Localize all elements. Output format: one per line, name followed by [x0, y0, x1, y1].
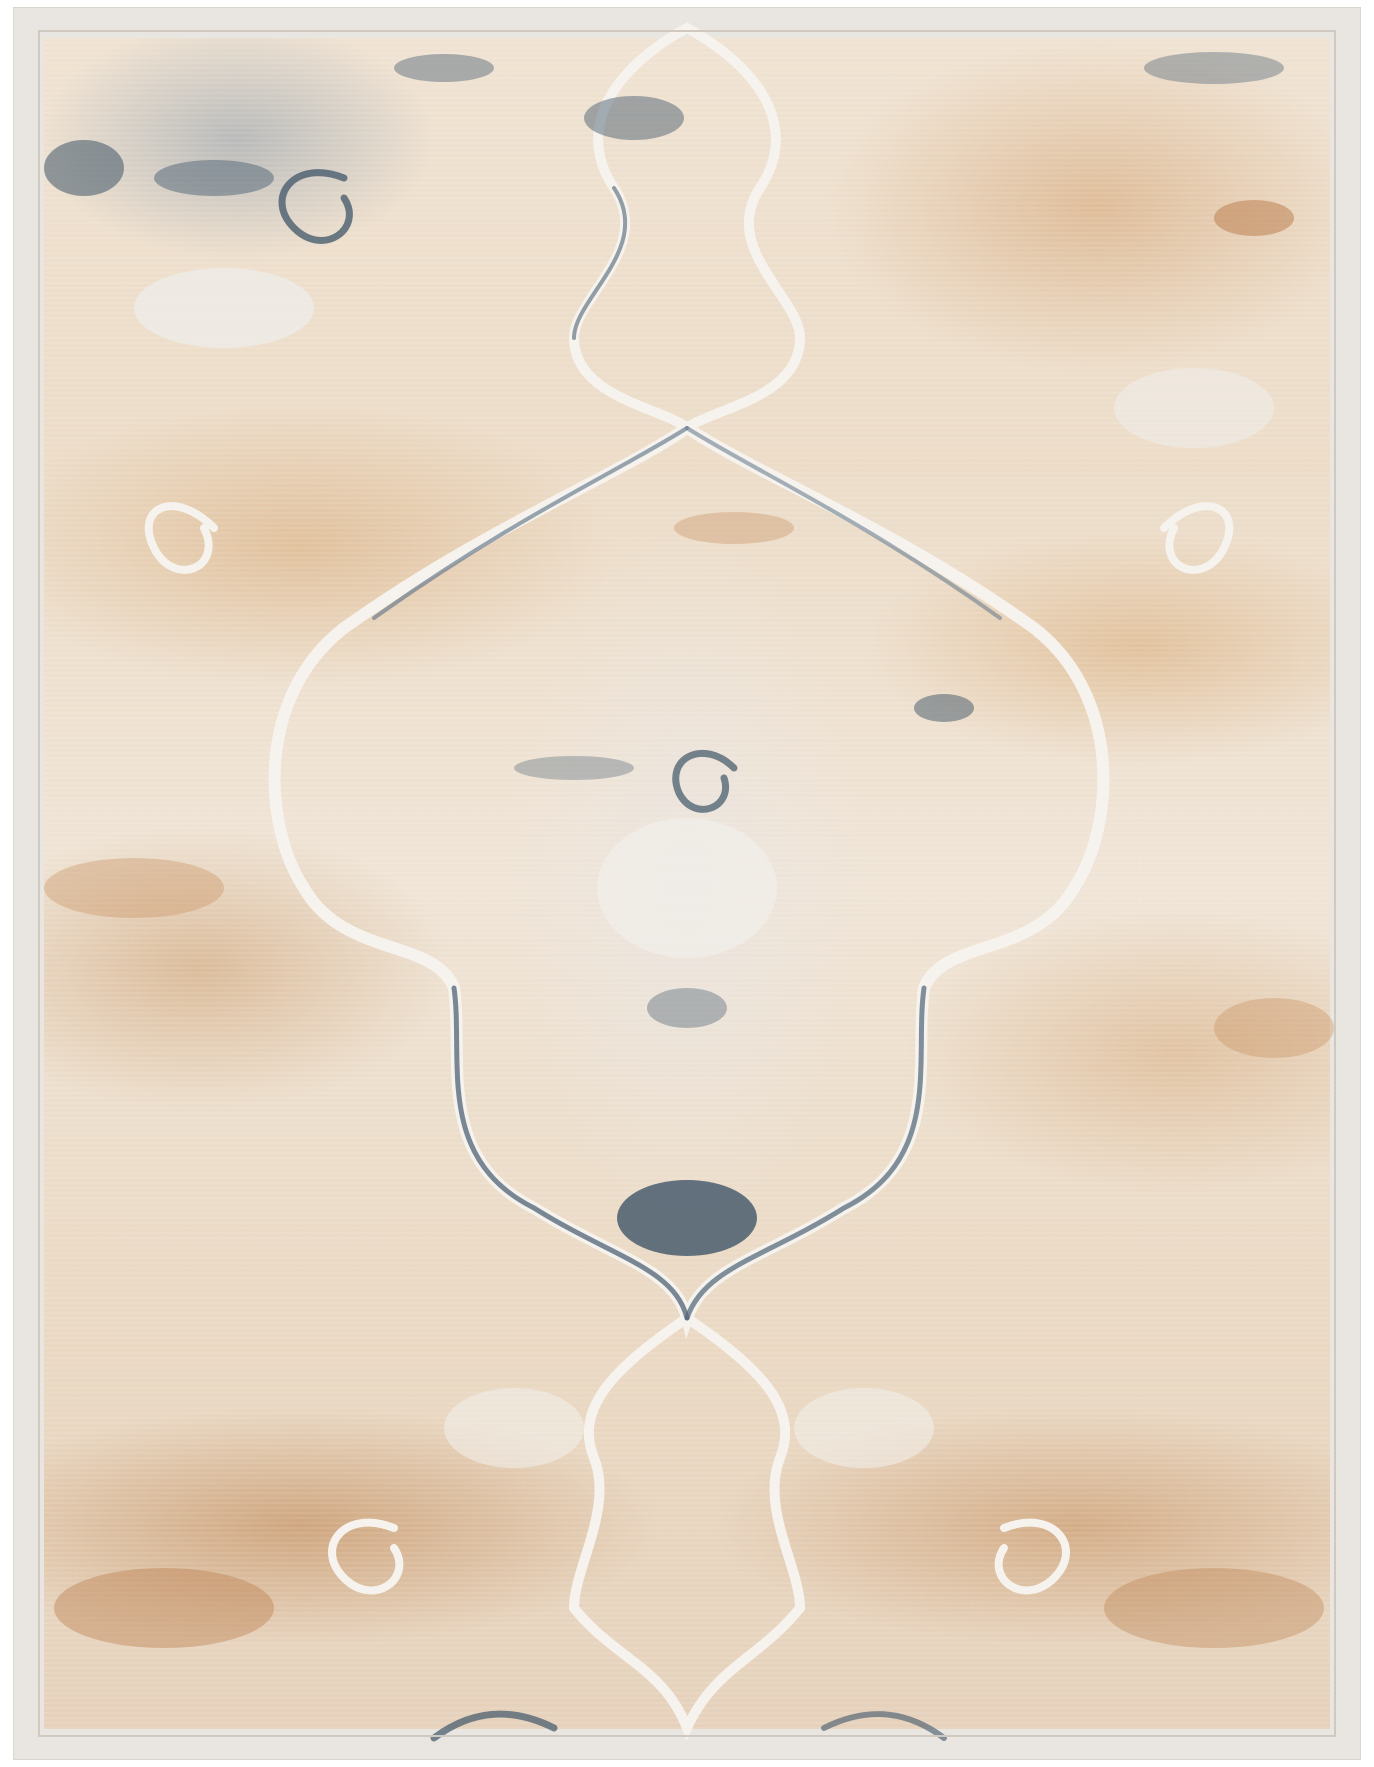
- damask-pattern: [14, 8, 1360, 1759]
- rug: [14, 8, 1360, 1759]
